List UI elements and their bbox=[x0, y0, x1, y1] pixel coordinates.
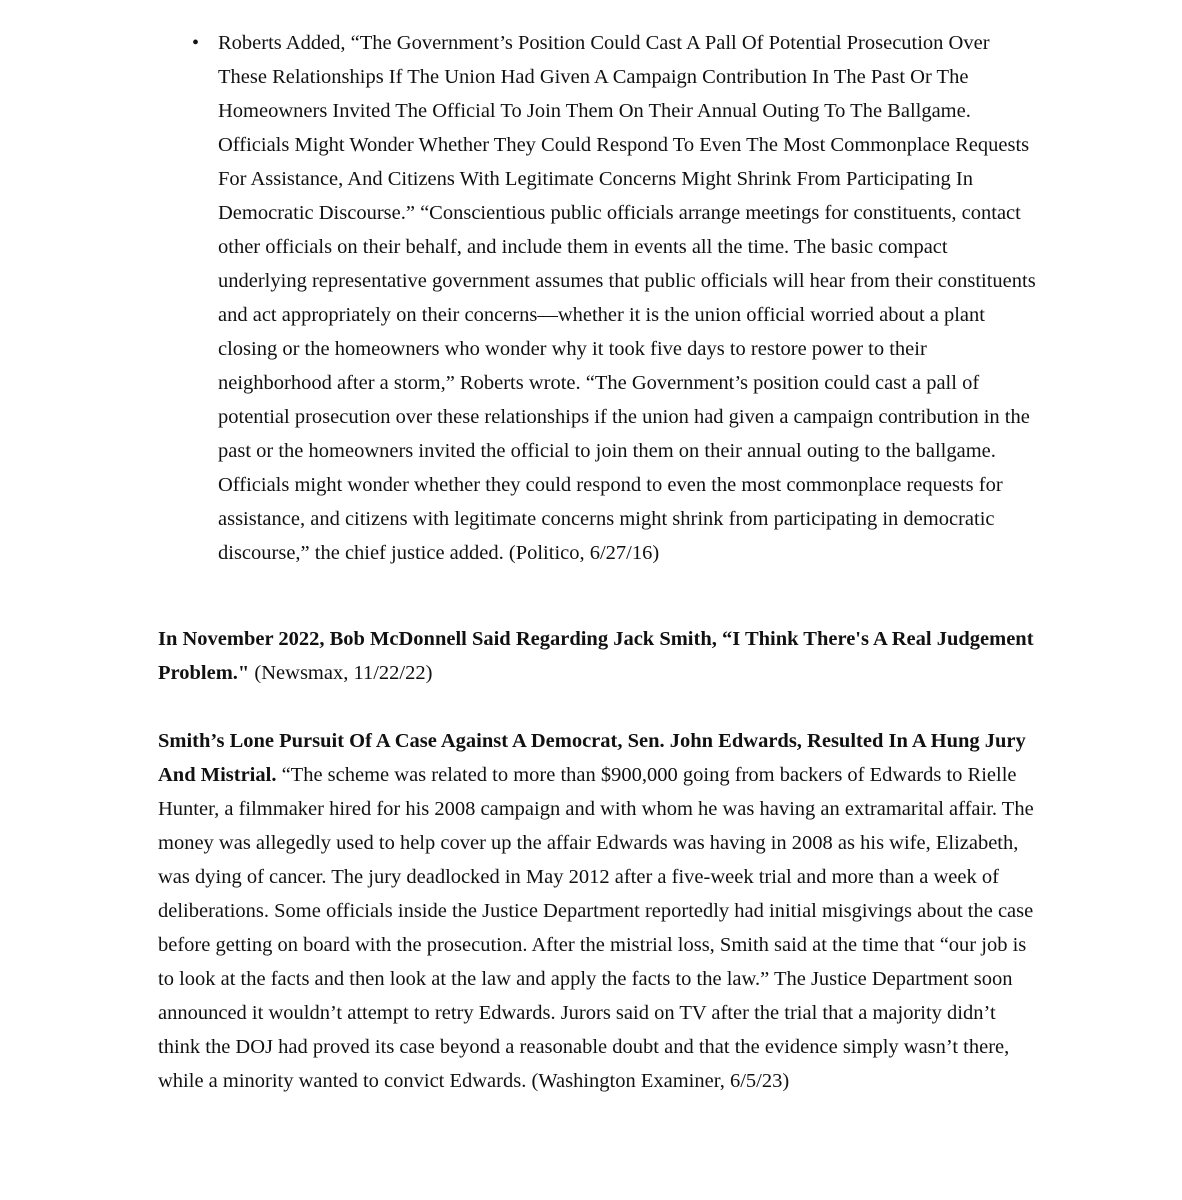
paragraph-body: “The scheme was related to more than $90… bbox=[158, 764, 1034, 1092]
paragraph-mcdonnell-quote: In November 2022, Bob McDonnell Said Reg… bbox=[158, 622, 1038, 690]
paragraph-citation: (Newsmax, 11/22/22) bbox=[249, 662, 432, 684]
paragraph-edwards-case: Smith’s Lone Pursuit Of A Case Against A… bbox=[158, 724, 1038, 1098]
bullet-list: • Roberts Added, “The Government’s Posit… bbox=[158, 26, 1038, 570]
bullet-text: Roberts Added, “The Government’s Positio… bbox=[218, 32, 1036, 564]
bullet-icon: • bbox=[192, 26, 212, 60]
bullet-item-roberts-quote: • Roberts Added, “The Government’s Posit… bbox=[158, 26, 1038, 570]
document-page: • Roberts Added, “The Government’s Posit… bbox=[158, 26, 1038, 1098]
